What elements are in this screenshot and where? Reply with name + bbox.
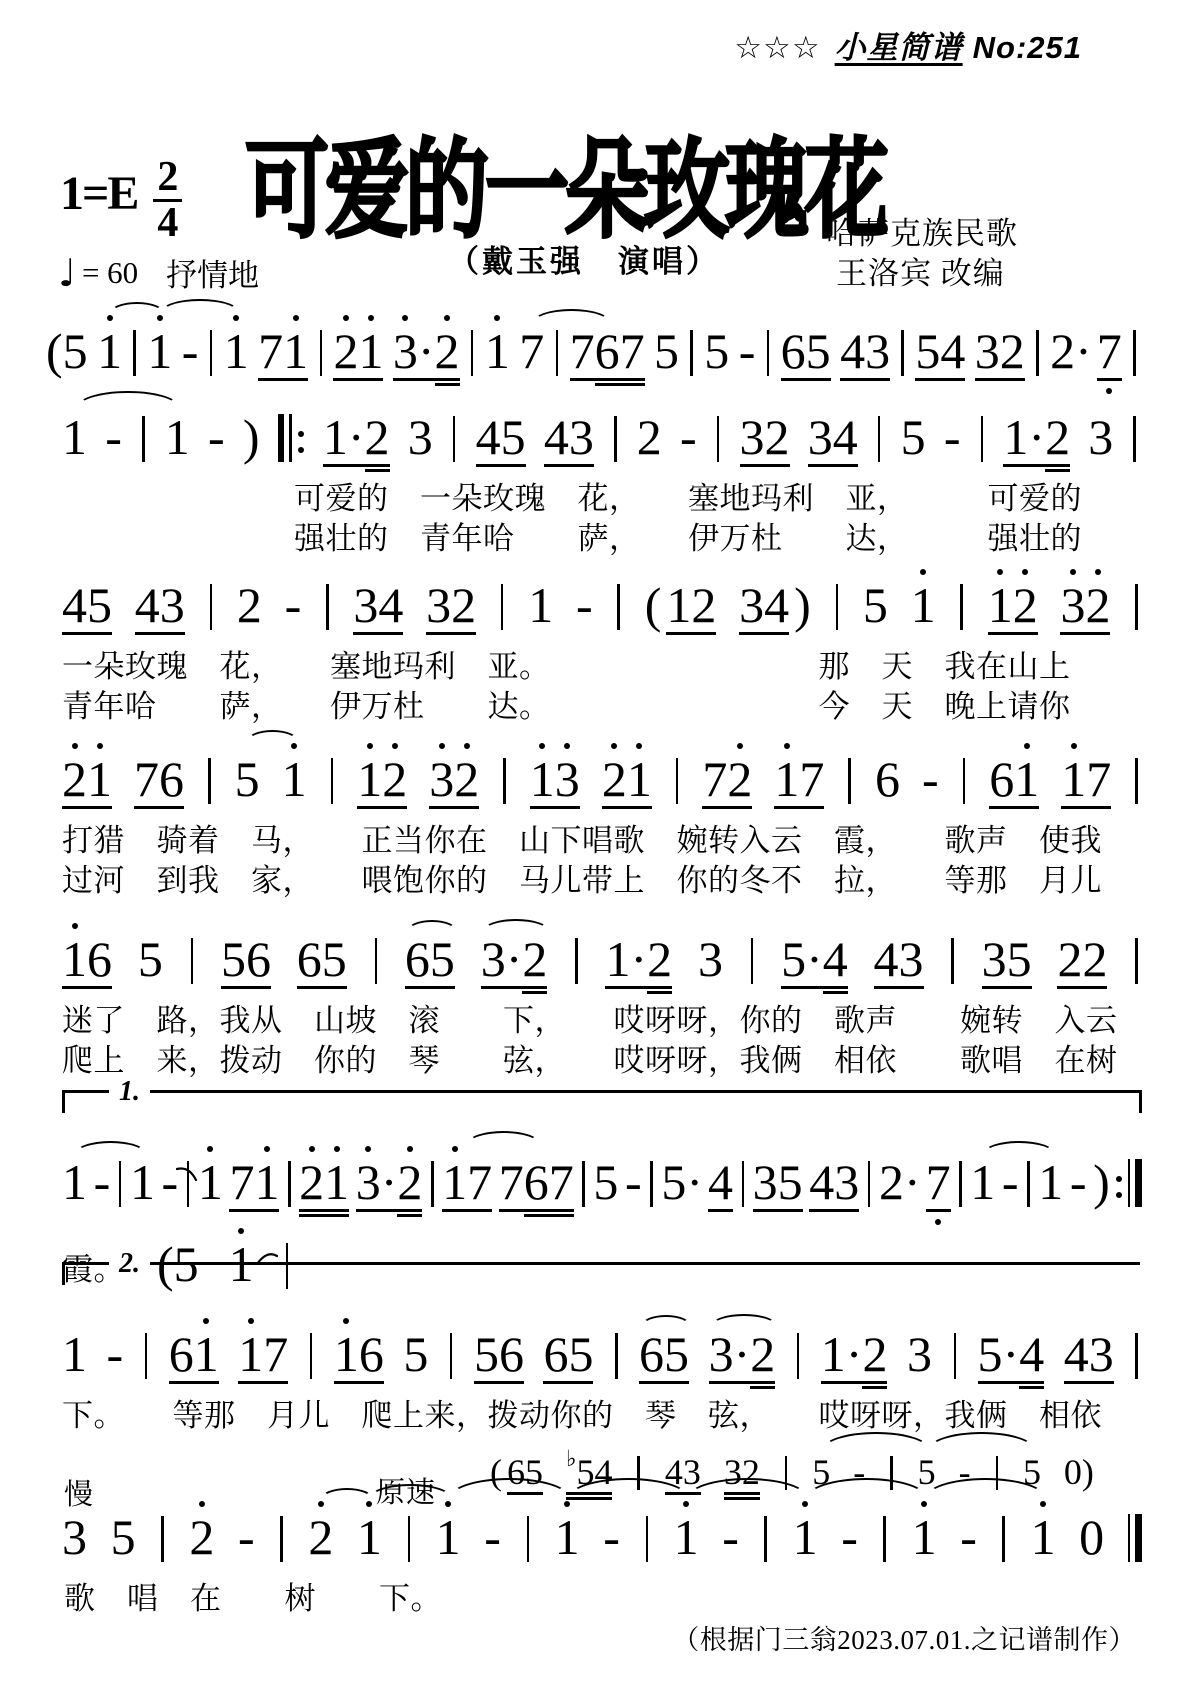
- barline: [797, 1333, 800, 1379]
- token-group: 1: [224, 326, 249, 376]
- score-system-1: (511-171213·21776755-654354322·7: [46, 296, 1138, 392]
- underline-beam: [1003, 464, 1070, 467]
- note-char: 1: [627, 754, 652, 804]
- note-char: 4: [708, 1157, 733, 1207]
- note-char: 1: [1031, 1512, 1056, 1562]
- token-group: 767: [570, 326, 645, 376]
- note-char: 3: [481, 934, 506, 984]
- underline-beam: [429, 806, 479, 809]
- note-token: 17: [442, 1157, 492, 1207]
- note-token: -: [1070, 1157, 1087, 1207]
- barline: [960, 584, 963, 630]
- final-barline: [1128, 1514, 1142, 1562]
- note-char: 2: [765, 412, 790, 462]
- note-token: 45: [62, 580, 112, 630]
- token-group: 16: [334, 1329, 384, 1379]
- token-group: [185, 1161, 192, 1207]
- note-token: 71: [258, 326, 308, 376]
- underline-beam: [62, 632, 112, 635]
- token-group: 35: [753, 1157, 803, 1207]
- note-token: 6: [875, 754, 900, 804]
- note-char: 6: [639, 1329, 664, 1379]
- note-token: 34: [808, 412, 858, 462]
- note-char: 1: [62, 412, 87, 462]
- note-token: 2·: [1050, 326, 1092, 376]
- underline-beam: [299, 1214, 349, 1217]
- repeat-start-barline: [278, 414, 305, 462]
- note-char: 3: [865, 326, 890, 376]
- token-group: -: [94, 1157, 111, 1207]
- note-char: 1: [62, 1157, 87, 1207]
- token-group: 43: [874, 934, 924, 984]
- note-char: 6: [781, 326, 806, 376]
- note-char: 4: [378, 580, 403, 630]
- note-char: 1: [555, 1512, 580, 1562]
- score-system-5: 1655665653·21·235·4433522迷了 路，我从 山坡 滚 下，…: [62, 904, 1140, 1080]
- token-group: 61: [169, 1329, 219, 1379]
- note-token: 32: [1060, 580, 1110, 630]
- note-token: 43: [544, 412, 594, 462]
- barline: [582, 1161, 585, 1207]
- note-char: ·: [418, 326, 435, 376]
- token-group: 12: [357, 754, 407, 804]
- note-token: 5: [593, 1157, 618, 1207]
- note-char: 1: [254, 1157, 279, 1207]
- note-token: 5·: [661, 1157, 703, 1207]
- token-group: 32: [975, 326, 1025, 376]
- note-char: 7: [467, 1157, 492, 1207]
- token-group: ): [243, 412, 260, 462]
- token-group: [715, 416, 722, 462]
- note-token: 3·2: [393, 326, 460, 376]
- token-group: [501, 758, 508, 804]
- note-char: 7: [263, 1329, 288, 1379]
- token-group: 43: [840, 326, 890, 376]
- note-token: 65: [781, 326, 831, 376]
- note-char: 7: [702, 754, 727, 804]
- token-group: 1: [911, 580, 936, 630]
- note-char: ): [1093, 1157, 1110, 1207]
- barline: [646, 1516, 649, 1562]
- note-char: 0: [1079, 1512, 1104, 1562]
- volta-bracket: 1.: [62, 1090, 1142, 1113]
- note-token: 1: [528, 580, 553, 630]
- lyric-line: 青年哈 萨， 伊万杜 达。 今 天 晚上请你: [62, 688, 1140, 726]
- note-char: 5: [568, 1329, 593, 1379]
- note-char: 1: [97, 326, 122, 376]
- note-char: -: [739, 326, 756, 376]
- token-group: [961, 758, 968, 804]
- tempo-marking: ♩ = 60 抒情地: [58, 250, 259, 295]
- barline: [575, 938, 578, 984]
- note-char: 3: [975, 326, 1000, 376]
- note-token: 1: [793, 1512, 818, 1562]
- underline-beam: [258, 378, 308, 381]
- note-token: 65: [297, 934, 347, 984]
- barline: [1135, 1333, 1138, 1379]
- note-token: 2·: [879, 1157, 921, 1207]
- token-group: -: [484, 1512, 501, 1562]
- note-token: 1: [970, 1157, 995, 1207]
- note-char: -: [1070, 1157, 1087, 1207]
- note-char: 1: [436, 1512, 461, 1562]
- note-char: -: [576, 580, 593, 630]
- note-char: -: [680, 412, 697, 462]
- note-token: 76: [134, 754, 184, 804]
- token-group: [958, 584, 965, 630]
- repeat-dots: [298, 431, 304, 453]
- note-char: 4: [1019, 1329, 1044, 1379]
- token-group: [979, 416, 986, 462]
- token-group: [1133, 938, 1140, 984]
- token-group: 2: [237, 580, 262, 630]
- token-group: -: [285, 580, 302, 630]
- token-group: 1: [198, 1157, 223, 1207]
- token-group: 72: [702, 754, 752, 804]
- token-group: 3·2: [393, 326, 460, 376]
- underline-beam: [1057, 986, 1107, 989]
- token-group: 1·2: [821, 1329, 888, 1379]
- token-group: 1: [436, 1512, 461, 1562]
- note-token: 1: [357, 1512, 382, 1562]
- slur-tie-arc: [821, 1432, 930, 1470]
- note-token: (: [645, 580, 662, 630]
- note-char: 1: [358, 326, 383, 376]
- meter-numerator: 2: [153, 156, 182, 202]
- note-char: -: [625, 1157, 642, 1207]
- music-line: 1-1-171213·2177675-5·435432·71-1-): [62, 1127, 1142, 1223]
- token-group: 56: [221, 934, 271, 984]
- token-group: [278, 1516, 285, 1562]
- note-token: 767: [570, 326, 645, 376]
- note-char: 7: [1097, 326, 1122, 376]
- note-token: 1: [912, 1512, 937, 1562]
- note-char: 5: [863, 580, 888, 630]
- token-group: [499, 584, 506, 630]
- note-token: 1: [165, 412, 190, 462]
- note-char: 5: [654, 326, 679, 376]
- underline-beam: [823, 991, 848, 994]
- token-group: 34: [353, 580, 403, 630]
- barline: [883, 1516, 886, 1562]
- note-token: -: [105, 412, 122, 462]
- note-char: 5: [235, 754, 260, 804]
- underline-beam: [1045, 469, 1070, 472]
- note-char: 3: [753, 1157, 778, 1207]
- note-char: 6: [989, 754, 1014, 804]
- note-char: 2: [62, 754, 87, 804]
- note-char: 6: [595, 326, 620, 376]
- note-token: -: [680, 412, 697, 462]
- lyric-line: 过河 到我 家， 喂饱你的 马儿带上 你的冬不 拉， 等那 月儿: [62, 862, 1140, 900]
- note-token: 3·2: [709, 1329, 776, 1379]
- token-group: 1: [357, 1512, 382, 1562]
- note-char: 7: [570, 326, 595, 376]
- barline: [742, 1161, 745, 1207]
- underline-beam: [926, 1209, 951, 1212]
- token-group: -: [625, 1157, 642, 1207]
- token-group: [329, 758, 336, 804]
- note-char: 1: [130, 1157, 155, 1207]
- token-group: -: [238, 1512, 255, 1562]
- token-group: [554, 330, 561, 376]
- token-group: 5: [403, 1329, 428, 1379]
- note-char: 5: [111, 1512, 136, 1562]
- lyric-line: 可爱的 一朵玫瑰 花， 塞地玛利 亚， 可爱的: [62, 480, 1138, 518]
- note-token: -: [739, 326, 756, 376]
- note-char: 3: [907, 1329, 932, 1379]
- music-line: 1-61171655665653·21·235·443: [62, 1299, 1140, 1395]
- note-char: 7: [549, 1157, 574, 1207]
- note-char: 1: [605, 934, 630, 984]
- token-group: [206, 758, 213, 804]
- token-group: [1034, 330, 1041, 376]
- note-char: 4: [840, 326, 865, 376]
- token-group: -: [722, 1512, 739, 1562]
- barline: [527, 1516, 530, 1562]
- note-char: 1: [283, 326, 308, 376]
- token-group: 56: [474, 1329, 524, 1379]
- token-group: [881, 1516, 888, 1562]
- note-token: 1: [674, 1512, 699, 1562]
- token-group: [648, 1161, 655, 1207]
- token-group: 7: [519, 326, 544, 376]
- token-group: 17: [1061, 754, 1111, 804]
- token-group: 1: [165, 412, 190, 462]
- note-char: 5: [901, 412, 926, 462]
- barline: [1135, 938, 1138, 984]
- note-token: 7: [926, 1157, 951, 1207]
- note-token: 43: [874, 934, 924, 984]
- underline-beam: [357, 806, 407, 809]
- token-group: [406, 1516, 413, 1562]
- barline: [208, 758, 211, 804]
- barline: [310, 1333, 313, 1379]
- expression-marking: 抒情地: [166, 250, 259, 295]
- note-token: 3: [907, 1329, 932, 1379]
- note-char: 1: [485, 326, 510, 376]
- slur-tie-arc: [247, 730, 298, 752]
- note-token: 32: [429, 754, 479, 804]
- note-char: 7: [926, 1157, 951, 1207]
- note-char: 1: [528, 580, 553, 630]
- note-char: 2: [1000, 326, 1025, 376]
- token-group: 2: [637, 412, 662, 462]
- note-char: 5: [778, 1157, 803, 1207]
- barline: [280, 1516, 283, 1562]
- token-group: [429, 1161, 436, 1207]
- token-group: [208, 330, 215, 376]
- note-char: 2: [1082, 934, 1107, 984]
- score-system-7: 2.1-61171655665653·21·235·443下。 等那 月儿 爬上…: [62, 1262, 1140, 1435]
- repeat-dots: [1116, 1176, 1122, 1198]
- token-group: 13: [530, 754, 580, 804]
- token-group: 1: [485, 326, 510, 376]
- note-token: 72: [702, 754, 752, 804]
- underline-beam: [821, 1381, 888, 1384]
- underline-beam: [647, 991, 672, 994]
- note-token: 21: [299, 1157, 349, 1207]
- token-group: 16: [62, 934, 112, 984]
- token-group: -: [1002, 1157, 1019, 1207]
- underline-beam: [1061, 806, 1111, 809]
- note-char: 3: [569, 412, 594, 462]
- note-char: 6: [875, 754, 900, 804]
- token-group: -: [182, 326, 199, 376]
- song-origin: 哈萨克族民歌: [826, 208, 1018, 253]
- token-group: [949, 938, 956, 984]
- barline: [375, 938, 378, 984]
- note-token: -: [208, 412, 225, 462]
- note-token: 35: [753, 1157, 803, 1207]
- volta-label: 2.: [109, 1248, 150, 1280]
- note-char: ·: [506, 934, 523, 984]
- token-group: [373, 938, 380, 984]
- token-group: 65: [405, 934, 455, 984]
- token-group: [644, 1516, 651, 1562]
- note-token: 34: [353, 580, 403, 630]
- note-char: 1: [324, 1157, 349, 1207]
- note-token: -: [960, 1512, 977, 1562]
- barline: [471, 330, 474, 376]
- token-group: [159, 1516, 166, 1562]
- lyric-line: 歌 唱 在 树 下。: [62, 1580, 1142, 1618]
- barline: [767, 330, 770, 376]
- token-group: [612, 416, 619, 462]
- note-char: 2: [602, 754, 627, 804]
- note-char: 4: [476, 412, 501, 462]
- token-group: [615, 584, 622, 630]
- barline: [868, 1161, 871, 1207]
- token-group: 5: [704, 326, 729, 376]
- note-token: ): [243, 412, 260, 462]
- note-char: 5: [806, 326, 831, 376]
- note-token: 767: [499, 1157, 574, 1207]
- note-char: -: [1002, 1157, 1019, 1207]
- token-group: 1: [282, 754, 307, 804]
- note-char: -: [238, 1512, 255, 1562]
- note-token: 34: [739, 580, 789, 630]
- note-token: 3: [1088, 412, 1113, 462]
- token-group: [318, 330, 325, 376]
- token-group: 5·4: [978, 1329, 1045, 1379]
- token-group: 34: [808, 412, 858, 462]
- note-char: 3: [353, 580, 378, 630]
- note-token: 1: [97, 326, 122, 376]
- token-group: -: [960, 1512, 977, 1562]
- note-token: 17: [774, 754, 824, 804]
- underline-beam: [530, 806, 580, 809]
- underline-beam: [62, 986, 112, 989]
- note-char: 6: [499, 1329, 524, 1379]
- underline-beam: [405, 986, 455, 989]
- note-token: 5: [863, 580, 888, 630]
- page-header: ☆☆☆小星简谱No:251: [734, 22, 1082, 67]
- note-char: 2: [382, 754, 407, 804]
- token-group: [580, 1161, 587, 1207]
- note-token: 1: [62, 412, 87, 462]
- underline-beam: [709, 1381, 776, 1384]
- token-group: [143, 1333, 150, 1379]
- slur-tie-arc: [448, 1478, 571, 1520]
- token-group: 21: [62, 754, 112, 804]
- token-group: 1: [62, 412, 87, 462]
- note-token: 45: [476, 412, 526, 462]
- token-group: 61: [989, 754, 1039, 804]
- note-char: 1: [1038, 1157, 1063, 1207]
- note-token: -: [1002, 1157, 1019, 1207]
- note-char: 1: [1014, 754, 1039, 804]
- note-token: -: [576, 580, 593, 630]
- note-token: 1: [62, 1329, 87, 1379]
- token-group: -: [603, 1512, 620, 1562]
- token-group: 32: [426, 580, 476, 630]
- underline-beam: [353, 632, 403, 635]
- performer-credit: （戴玉强 演唱）: [448, 236, 720, 281]
- underline-beam: [1019, 1386, 1044, 1389]
- note-char: 3: [740, 412, 765, 462]
- token-group: -: [107, 1329, 124, 1379]
- barline: [210, 584, 213, 630]
- note-token: 32: [975, 326, 1025, 376]
- underline-beam: [809, 1209, 859, 1212]
- token-group: 3: [1088, 412, 1113, 462]
- note-char: 3: [393, 326, 418, 376]
- token-group: 2: [308, 1512, 333, 1562]
- note-char: 3: [356, 1157, 381, 1207]
- note-char: 2: [308, 1512, 333, 1562]
- note-char: 1: [165, 412, 190, 462]
- note-char: 4: [62, 580, 87, 630]
- note-char: 2: [1057, 934, 1082, 984]
- note-token: 32: [740, 412, 790, 462]
- note-char: 1: [988, 580, 1013, 630]
- note-char: -: [841, 1512, 858, 1562]
- token-group: 5·4: [781, 934, 848, 984]
- note-char: 3: [982, 934, 1007, 984]
- note-token: 61: [989, 754, 1039, 804]
- token-group: [876, 416, 883, 462]
- note-token: 3: [408, 412, 433, 462]
- token-group: [1133, 1333, 1140, 1379]
- note-token: 2: [237, 580, 262, 630]
- underline-beam: [989, 806, 1039, 809]
- barline: [963, 758, 966, 804]
- note-token: 1: [282, 754, 307, 804]
- barline: [690, 330, 693, 376]
- note-char: 2: [333, 326, 358, 376]
- note-token: 5: [235, 754, 260, 804]
- token-group: 2·7: [879, 1157, 951, 1207]
- underline-beam: [639, 1381, 689, 1384]
- token-group: 3: [907, 1329, 932, 1379]
- note-char: 3: [1088, 412, 1113, 462]
- barline: [878, 416, 881, 462]
- note-char: 1: [62, 1329, 87, 1379]
- note-token: 2: [189, 1512, 214, 1562]
- token-group: 32: [740, 412, 790, 462]
- note-token: 54: [915, 326, 965, 376]
- underline-beam: [915, 378, 965, 381]
- note-char: 6: [524, 1157, 549, 1207]
- note-char: 2: [1013, 580, 1038, 630]
- token-group: [324, 584, 331, 630]
- note-char: ·: [734, 1329, 751, 1379]
- token-group: 45: [476, 412, 526, 462]
- note-token: 43: [809, 1157, 859, 1207]
- slur-tie-arc: [805, 1478, 928, 1520]
- volta-bracket: 2.: [62, 1262, 1140, 1285]
